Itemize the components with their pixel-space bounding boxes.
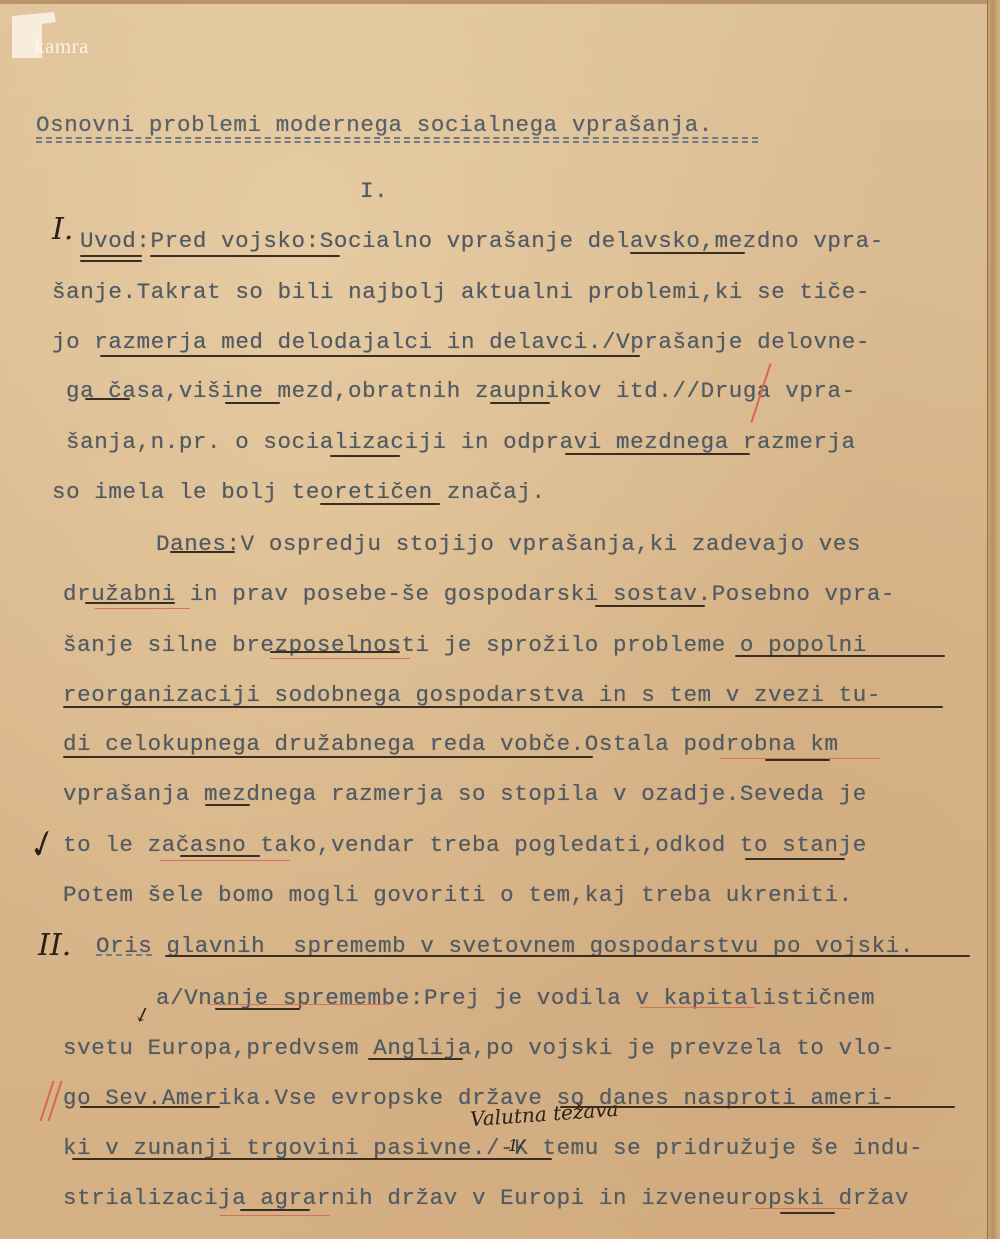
- underline-casa: [85, 398, 130, 400]
- underline-uvod-2: [80, 260, 142, 262]
- text-line-3: jo razmerja med delodajalci in delavci./…: [52, 329, 870, 355]
- text-line-7: Danes:V ospredju stojijo vprašanja,ki za…: [156, 531, 861, 557]
- red-underline-agrarnih: [220, 1215, 330, 1216]
- text-line-6: so imela le bolj teoretičen značaj.: [52, 479, 546, 505]
- red-underline-izveneuropski: [750, 1208, 850, 1209]
- red-underline-vodila: [640, 1007, 755, 1008]
- document-title: Osnovni problemi modernega socialnega vp…: [36, 112, 713, 138]
- underline-reorganizaciji: [63, 706, 943, 708]
- underline-pred-vojsko: [150, 255, 340, 257]
- red-underline-zacasno: [160, 860, 290, 861]
- text-line-14: Potem šele bomo mogli govoriti o tem,kaj…: [63, 882, 853, 908]
- underline-druzabni: [85, 602, 175, 604]
- text-line-12: vprašanja mezdnega razmerja so stopila v…: [63, 781, 867, 807]
- text-line-10: reorganizaciji sodobnega gospodarstva in…: [63, 682, 881, 708]
- red-underline-podrobna: [720, 758, 880, 759]
- underline-zacasno: [180, 855, 260, 857]
- text-line-11: di celokupnega družabnega reda vobče.Ost…: [63, 731, 839, 757]
- text-line-4: ga časa,višine mezd,obratnih zaupnikov i…: [66, 378, 856, 404]
- margin-roman-1: I.: [52, 212, 73, 247]
- underline-izveneuropski: [780, 1212, 835, 1214]
- underline-oris-double: [96, 954, 152, 956]
- archive-watermark: kamra: [12, 12, 112, 60]
- underline-mezdnega: [205, 804, 250, 806]
- margin-roman-2: II.: [38, 928, 71, 963]
- text-line-8: družabni in prav posebe-še gospodarski s…: [63, 581, 895, 607]
- page-binding-edge: [987, 0, 1000, 1239]
- fraction-mark: 1/: [508, 1136, 524, 1155]
- underline-nasproti: [560, 1106, 955, 1108]
- page-top-edge: [0, 0, 1000, 4]
- underline-anglija: [368, 1058, 463, 1060]
- text-line-1: Uvod:Pred vojsko:Socialno vprašanje dela…: [80, 228, 884, 254]
- underline-odpravi: [565, 453, 750, 455]
- watermark-label: kamra: [34, 34, 89, 59]
- underline-zunanji: [72, 1158, 552, 1160]
- underline-vnanje: [215, 1008, 300, 1010]
- underline-sev-amerika: [80, 1106, 220, 1108]
- underline-teoreticen: [320, 503, 440, 505]
- checkmark-icon: ✓: [19, 822, 62, 870]
- title-underline: [36, 137, 758, 139]
- document-page: kamra Osnovni problemi modernega socialn…: [0, 0, 1000, 1239]
- red-underline-druzabni: [95, 608, 190, 609]
- text-line-17: svetu Europa,predvsem Anglija,po vojski …: [63, 1035, 895, 1061]
- arrow-mark-icon: ↙: [130, 1000, 154, 1028]
- underline-popolni: [735, 655, 945, 657]
- text-line-2: šanje.Takrat so bili najbolj aktualni pr…: [52, 279, 870, 305]
- underline-socializaciji: [330, 455, 400, 457]
- underline-agrarnih: [240, 1209, 310, 1211]
- underline-visine: [225, 402, 280, 404]
- underline-oris: [165, 955, 970, 957]
- underline-uvod: [80, 255, 142, 257]
- underline-danes: [170, 551, 235, 553]
- underline-razmerja: [100, 355, 640, 357]
- text-line-5: šanja,n.pr. o socializaciji in odpravi m…: [66, 429, 856, 455]
- underline-podrobna: [765, 759, 830, 761]
- underline-gospodarski: [595, 605, 705, 607]
- red-double-slash-1: [40, 1081, 55, 1122]
- red-underline-vnanje: [210, 1004, 390, 1005]
- underline-zaupnikov: [490, 402, 550, 404]
- title-underline-2: [36, 141, 758, 143]
- section-number: I.: [360, 178, 388, 204]
- red-underline-brezposelnosti: [270, 658, 410, 659]
- underline-odkod: [745, 858, 845, 860]
- underline-brezposelnosti: [270, 651, 400, 653]
- underline-delavsko: [630, 252, 745, 254]
- underline-celokupnega: [63, 756, 593, 758]
